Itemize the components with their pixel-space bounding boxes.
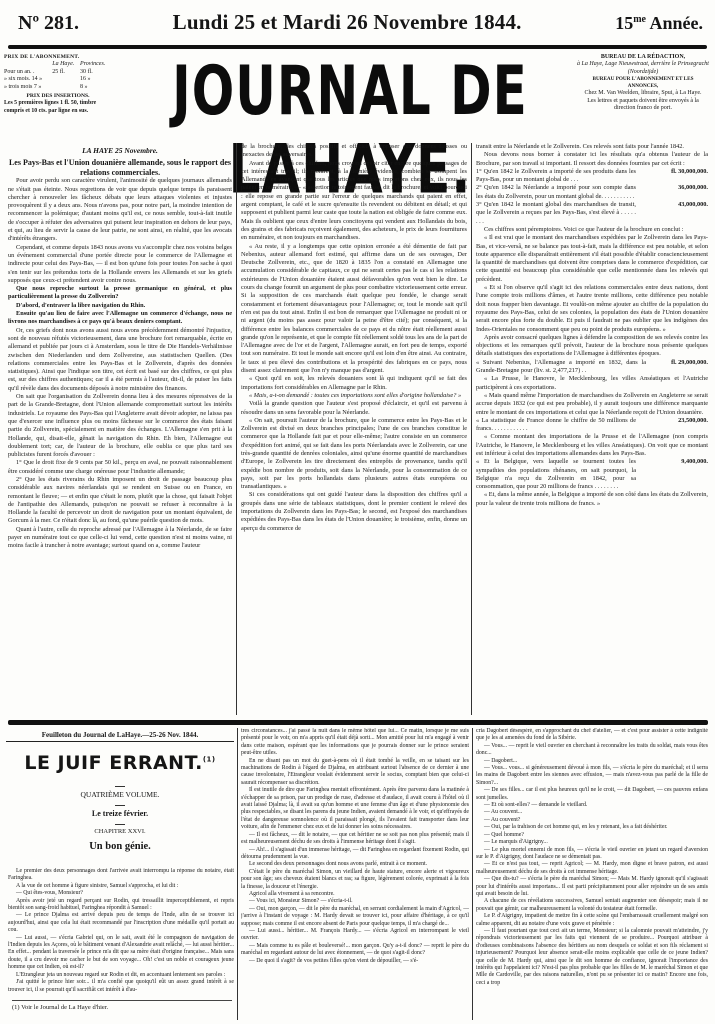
article-column-1: LA HAYE 25 Novembre. Les Pays-Bas et l'U… (8, 143, 232, 718)
feuilleton-column-1: Le premier des deux personnages dont l'a… (8, 868, 234, 996)
office-box: BUREAU DE LA RÉDACTION, à La Haye, Lage … (577, 54, 709, 112)
header-rule (8, 45, 707, 49)
footnote: (1) Voir le Journal de La Haye d'hier. (12, 1000, 232, 1011)
feuilleton-column-3: cria Dagobert désespéré, en s'approchant… (476, 728, 708, 1020)
article-column-2: de la brochure, des chiffres positifs et… (241, 143, 467, 718)
dateline: Nº 281. Lundi 25 et Mardi 26 Novembre 18… (18, 10, 703, 42)
newspaper-page: Nº 281. Lundi 25 et Mardi 26 Novembre 18… (0, 0, 715, 1024)
issue-number: Nº 281. (18, 12, 79, 35)
figure-row: « Et la Belgique, vers laquelle se tourn… (476, 458, 708, 491)
feuilleton-column-2: tres circonstances... j'ai passé la nuit… (241, 728, 469, 1020)
figure-row: 1° Qu'en 1842 le Zollverein a importé de… (476, 168, 708, 185)
subscription-table: La Haye.Provinces. Pour un an. .25 fl.30… (4, 61, 112, 91)
issue-date: Lundi 25 et Mardi 26 Novembre 1844. (173, 10, 522, 35)
article-dateline: LA HAYE 25 Novembre. (8, 147, 232, 155)
figure-row: 2° Qu'en 1842 la Néerlande a importé pou… (476, 184, 708, 201)
subscription-box: PRIX DE L'ABONNEMENT. La Haye.Provinces.… (4, 54, 112, 115)
feuilleton-title: LE JUIF ERRANT.(1) (6, 752, 234, 774)
column-divider (236, 143, 237, 715)
masthead: PRIX DE L'ABONNEMENT. La Haye.Provinces.… (0, 50, 715, 145)
column-divider (237, 728, 238, 1020)
issue-year: 15me Année. (615, 13, 703, 34)
feuilleton-header: Feuilleton du Journal de LaHaye.—25-26 N… (6, 731, 234, 742)
column-divider (471, 143, 472, 715)
article-column-3: transit entre la Néerlande et le Zollver… (476, 143, 708, 718)
figure-row: 3° Qu'en 1842 le montant global des marc… (476, 201, 708, 226)
figure-row: « La statistique de France donne le chif… (476, 417, 708, 434)
article-headline: Les Pays-Bas et l'Union douanière allema… (8, 158, 232, 177)
feuilleton-subtitles: QUATRIÈME VOLUME. Le treize février. CHA… (6, 780, 234, 855)
column-divider (472, 728, 473, 1020)
feuilleton-rule (8, 720, 708, 725)
figure-row: « Suivant Nebenius, l'Allemagne a import… (476, 359, 708, 376)
